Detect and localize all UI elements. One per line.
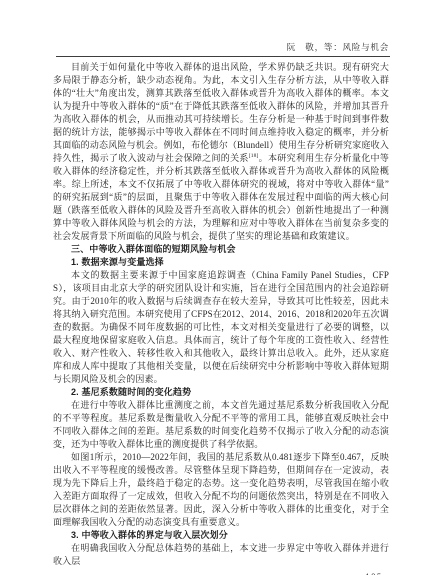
gini-intro-paragraph: 在进行中等收入群体比重测度之前，本文首先通过基尼系数分析我国收入分配的不平等程度… [53,399,389,451]
paper-page: 阮 敬，等：风险与机会 目前关于如何量化中等收入群体的退出风险，学术界仍缺乏共识… [0,0,427,575]
text-run: 。本研究利用生存分析量化中等收入群体的经济稳定性，并分析其跌落至低收入群体或晋升… [53,153,389,241]
page-number: ·105· [53,570,389,575]
header-rule [56,56,390,57]
subsection-3-heading: 3. 中等收入群体的界定与收入层次划分 [53,529,389,542]
text-run: 在进行中等收入群体比重测度之前，本文首先通过基尼系数分析我国收入分配的不平等程度… [53,400,389,449]
page-body: 目前关于如何量化中等收入群体的退出风险，学术界仍缺乏共识。现有研究大多局限于静态… [53,61,389,575]
subsection-1-heading: 1. 数据来源与变量选择 [53,256,389,269]
text-run: 在明确我国收入分配总体趋势的基础上，本文进一步界定中等收入群体并进行收入层 [53,543,389,566]
citation-ref: [18] [249,153,259,159]
data-source-paragraph: 本文的数据主要来源于中国家庭追踪调查（China Family Panel St… [53,269,389,386]
text-run: 目前关于如何量化中等收入群体的退出风险，学术界仍缺乏共识。现有研究大多局限于静态… [53,62,389,163]
text-run: 如图1所示，2010—2022年间，我国的基尼系数从0.481逐步下降至0.46… [53,452,389,527]
running-header: 阮 敬，等：风险与机会 [53,42,389,53]
text-run: 本文的数据主要来源于中国家庭追踪调查（China Family Panel St… [53,270,389,384]
section-3-heading: 三、中等收入群体面临的短期风险与机会 [53,243,389,256]
gini-trend-paragraph: 如图1所示，2010—2022年间，我国的基尼系数从0.481逐步下降至0.46… [53,451,389,529]
income-group-definition-paragraph: 在明确我国收入分配总体趋势的基础上，本文进一步界定中等收入群体并进行收入层 [53,542,389,568]
survival-analysis-intro-paragraph: 目前关于如何量化中等收入群体的退出风险，学术界仍缺乏共识。现有研究大多局限于静态… [53,61,389,243]
subsection-2-heading: 2. 基尼系数随时间的变化趋势 [53,386,389,399]
